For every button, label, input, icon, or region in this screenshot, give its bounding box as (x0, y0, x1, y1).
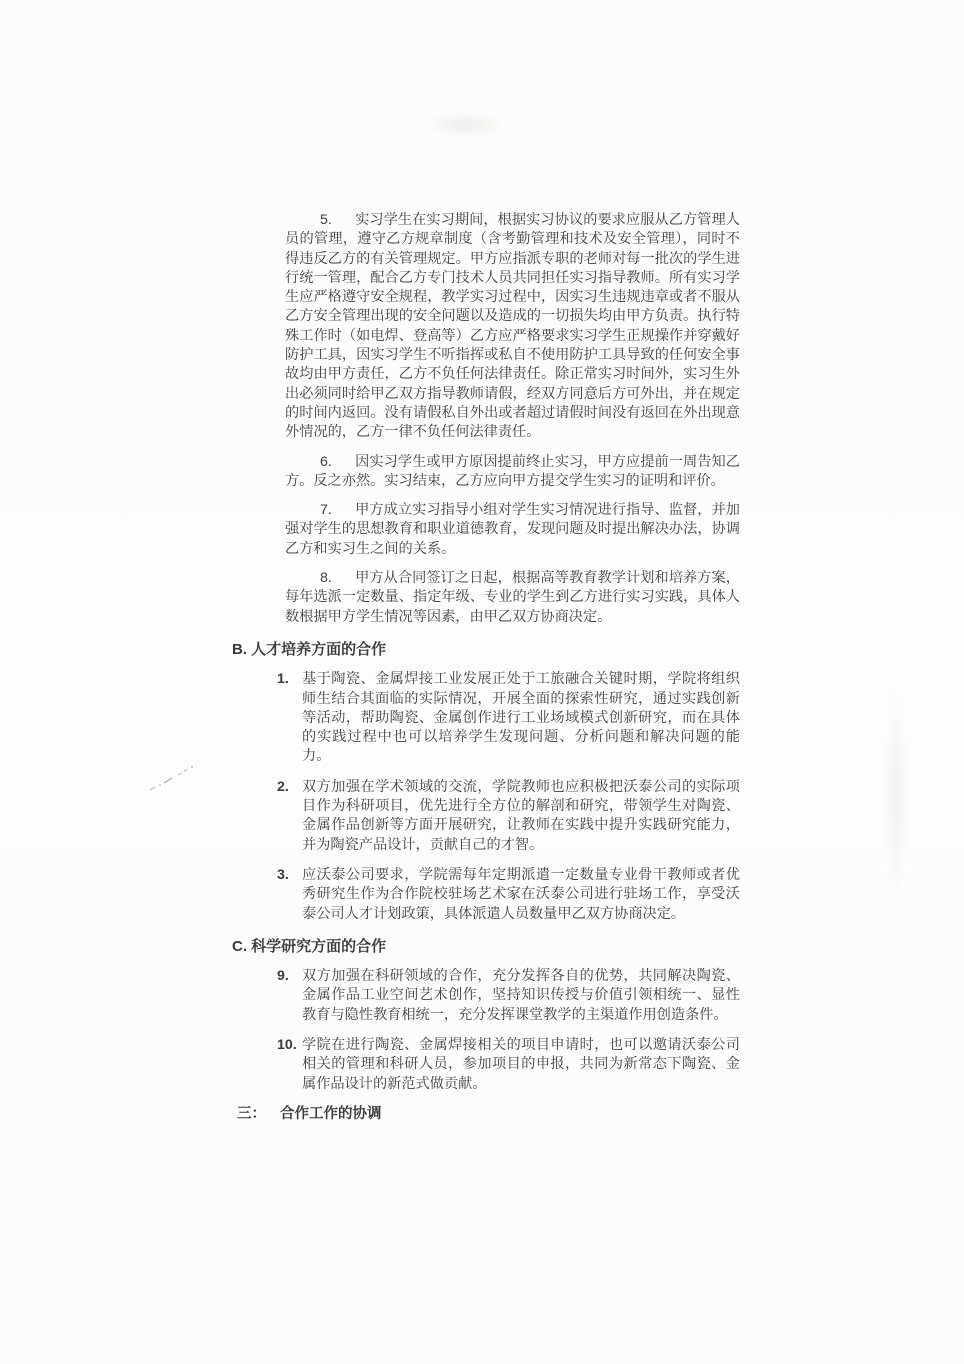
item-10-text: 学院在进行陶瓷、金属焊接相关的项目申请时，也可以邀请沃泰公司相关的管理和科研人员… (302, 1036, 740, 1094)
section-c-label: C. (232, 938, 247, 955)
item-10: 10. 学院在进行陶瓷、金属焊接相关的项目申请时，也可以邀请沃泰公司相关的管理和… (277, 1036, 740, 1094)
clause-5-number: 5. (320, 211, 355, 230)
section-three-label: 三： (237, 1106, 266, 1122)
section-b-label: B. (232, 641, 247, 658)
item-2: 2. 双方加强在学术领域的交流，学院教师也应积极把沃泰公司的实际项目作为科研项目… (277, 778, 740, 855)
section-b-items: 1. 基于陶瓷、金属焊接工业发展正处于工旅融合关键时期，学院将组织师生结合其面临… (277, 670, 740, 924)
item-10-number: 10. (277, 1036, 302, 1094)
scanned-page: 5.实习学生在实习期间，根据实习协议的要求应服从乙方管理人员的管理，遵守乙方规章… (0, 0, 964, 1364)
section-c-items: 9. 双方加强在科研领域的合作，充分发挥各自的优势，共同解决陶瓷、金属作品工业空… (277, 967, 740, 1094)
item-3-number: 3. (277, 866, 302, 924)
contract-body: 5.实习学生在实习期间，根据实习协议的要求应服从乙方管理人员的管理，遵守乙方规章… (232, 211, 740, 1124)
clause-6-number: 6. (320, 453, 355, 472)
section-c-title: 科学研究方面的合作 (251, 938, 386, 955)
clause-8-number: 8. (320, 569, 355, 588)
clause-7: 7.甲方成立实习指导小组对学生实习情况进行指导、监督，并加强对学生的思想教育和职… (285, 501, 740, 559)
item-1-number: 1. (277, 670, 302, 766)
item-9-text: 双方加强在科研领域的合作，充分发挥各自的优势，共同解决陶瓷、金属作品工业空间艺术… (302, 967, 740, 1025)
section-c-header: C. 科学研究方面的合作 (232, 937, 740, 956)
clause-6: 6.因实习学生或甲方原因提前终止实习，甲方应提前一周告知乙方。反之亦然。实习结束… (285, 453, 740, 492)
section-b-title: 人才培养方面的合作 (251, 641, 386, 658)
section-three-heading: 三：合作工作的协调 (237, 1105, 740, 1124)
item-3: 3. 应沃泰公司要求，学院需每年定期派遣一定数量专业骨干教师或者优秀研究生作为合… (277, 866, 740, 924)
clause-7-number: 7. (320, 501, 355, 520)
pencil-mark-artifact (142, 758, 208, 798)
scan-shadow-artifact (884, 690, 908, 900)
clause-5: 5.实习学生在实习期间，根据实习协议的要求应服从乙方管理人员的管理，遵守乙方规章… (285, 211, 740, 443)
item-9: 9. 双方加强在科研领域的合作，充分发挥各自的优势，共同解决陶瓷、金属作品工业空… (277, 967, 740, 1025)
section-b-header: B. 人才培养方面的合作 (232, 640, 740, 659)
clause-5-text: 实习学生在实习期间，根据实习协议的要求应服从乙方管理人员的管理，遵守乙方规章制度… (285, 212, 740, 440)
section-three-title: 合作工作的协调 (280, 1106, 382, 1122)
item-1-text: 基于陶瓷、金属焊接工业发展正处于工旅融合关键时期，学院将组织师生结合其面临的实际… (302, 670, 740, 766)
scan-stain-artifact (425, 112, 505, 138)
item-2-number: 2. (277, 778, 302, 855)
item-2-text: 双方加强在学术领域的交流，学院教师也应积极把沃泰公司的实际项目作为科研项目，优先… (302, 778, 740, 855)
item-9-number: 9. (277, 967, 302, 1025)
clause-8: 8.甲方从合同签订之日起，根据高等教育教学计划和培养方案，每年选派一定数量、指定… (285, 569, 740, 627)
item-1: 1. 基于陶瓷、金属焊接工业发展正处于工旅融合关键时期，学院将组织师生结合其面临… (277, 670, 740, 766)
item-3-text: 应沃泰公司要求，学院需每年定期派遣一定数量专业骨干教师或者优秀研究生作为合作院校… (302, 866, 740, 924)
